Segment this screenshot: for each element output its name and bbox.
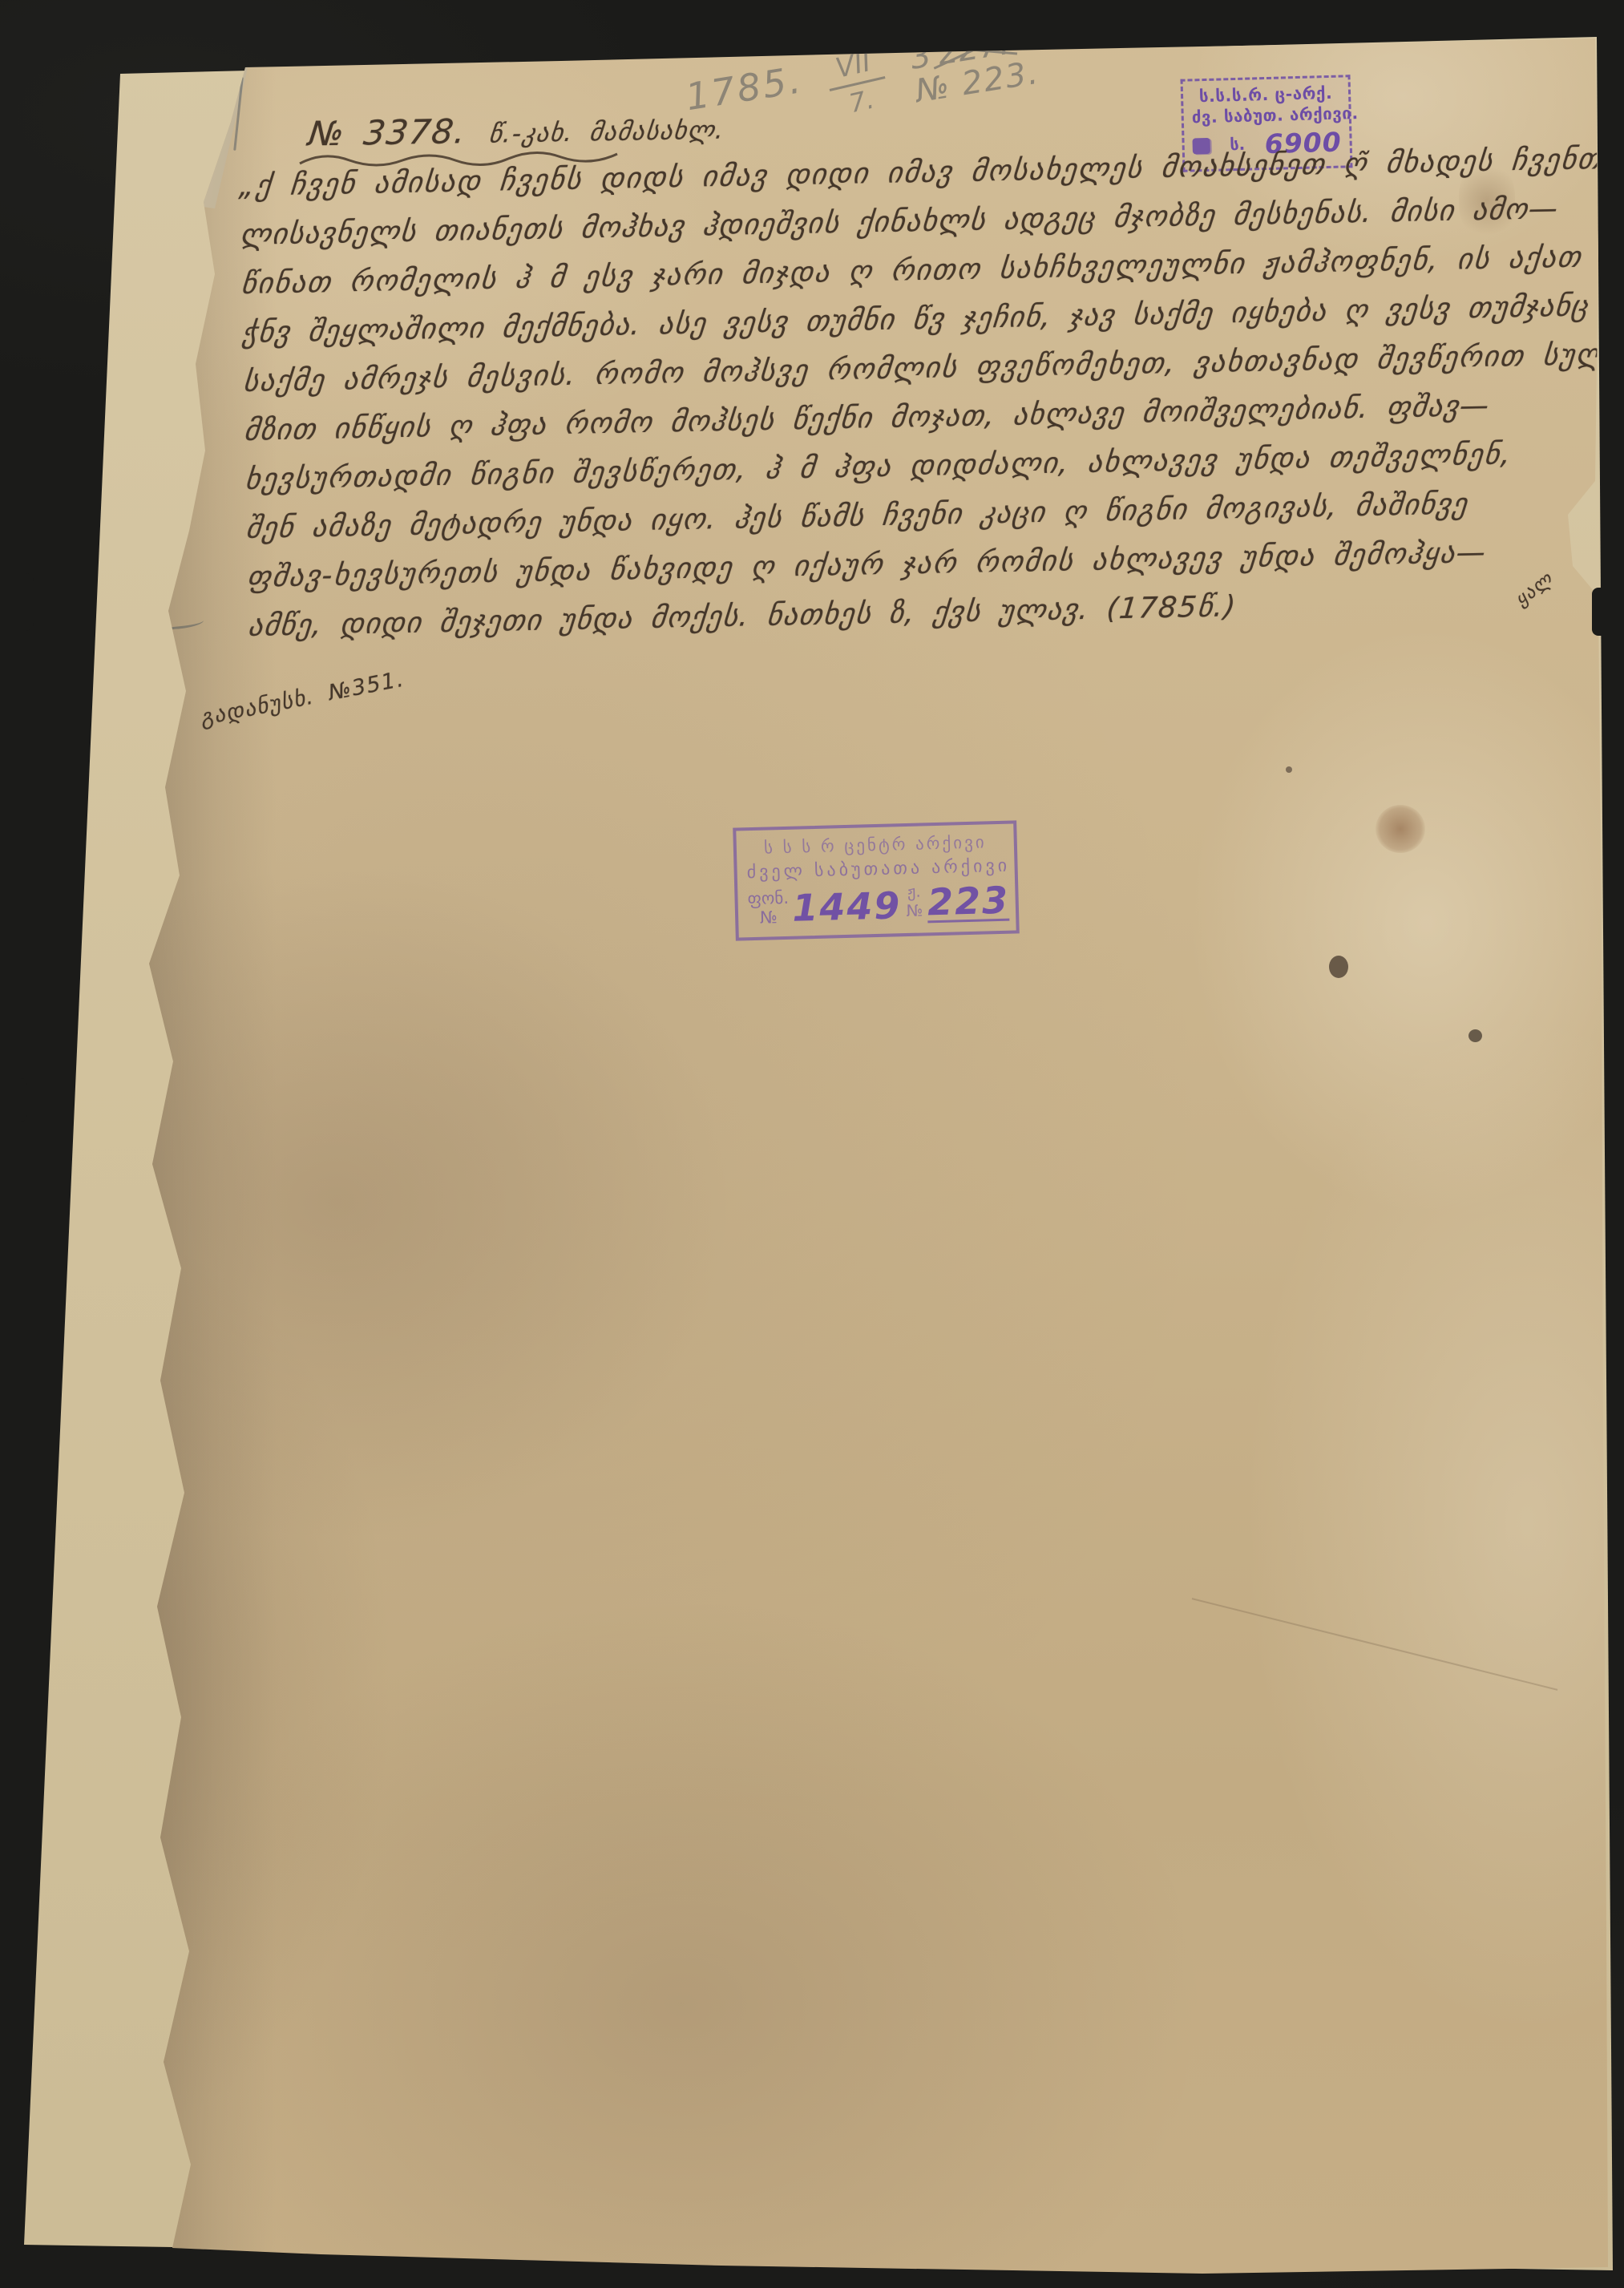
- manuscript-text: „ქ ჩვენ ამისად ჩვენს დიდს იმავ დიდი იმავ…: [239, 136, 1531, 651]
- ink-fleck: [1286, 766, 1292, 773]
- paper-crease: [1192, 1598, 1558, 1691]
- brown-stain: [1376, 805, 1425, 853]
- pencil-note: 1785. VII 7. 3 227. № 223.: [683, 21, 1042, 146]
- pencil-date-fraction: VII 7.: [822, 43, 893, 123]
- pencil-numbers: 3 227. № 223.: [908, 21, 1042, 110]
- archive-number: № 3378.: [306, 111, 469, 154]
- ink-blot: [1468, 1029, 1482, 1042]
- mount-clip-mark: [1592, 588, 1624, 636]
- stamp-line-3: ფონ. № 1449 ჟ. № 223: [747, 879, 1006, 928]
- header-row: № 3378.წ.-კახ. მამასახლ.: [309, 107, 725, 153]
- stamp-line-1: ს ს ს რ ცენტრ არქივი: [746, 832, 1005, 858]
- fond-number: 1449: [792, 887, 902, 927]
- doc-number: 223: [927, 882, 1009, 924]
- manuscript-page: № 3378.წ.-კახ. მამასახლ. 1785. VII 7. 3 …: [0, 0, 1624, 2288]
- archive-stamp-large: ს ს ს რ ცენტრ არქივი ძველ საბუთათა არქივ…: [733, 820, 1020, 940]
- fond-label: ფონ. №: [747, 888, 790, 928]
- pencil-year: 1785.: [683, 58, 806, 119]
- ink-blot: [1329, 956, 1348, 978]
- scan-canvas: № 3378.წ.-კახ. მამასახლ. 1785. VII 7. 3 …: [0, 0, 1624, 2288]
- stamp-line-2: ძვ. საბუთ. არქივი.: [1191, 103, 1341, 127]
- mount-clip-mark: [0, 1078, 27, 1122]
- doc-label: ჟ. №: [906, 881, 923, 920]
- mount-clip-mark: [0, 573, 34, 631]
